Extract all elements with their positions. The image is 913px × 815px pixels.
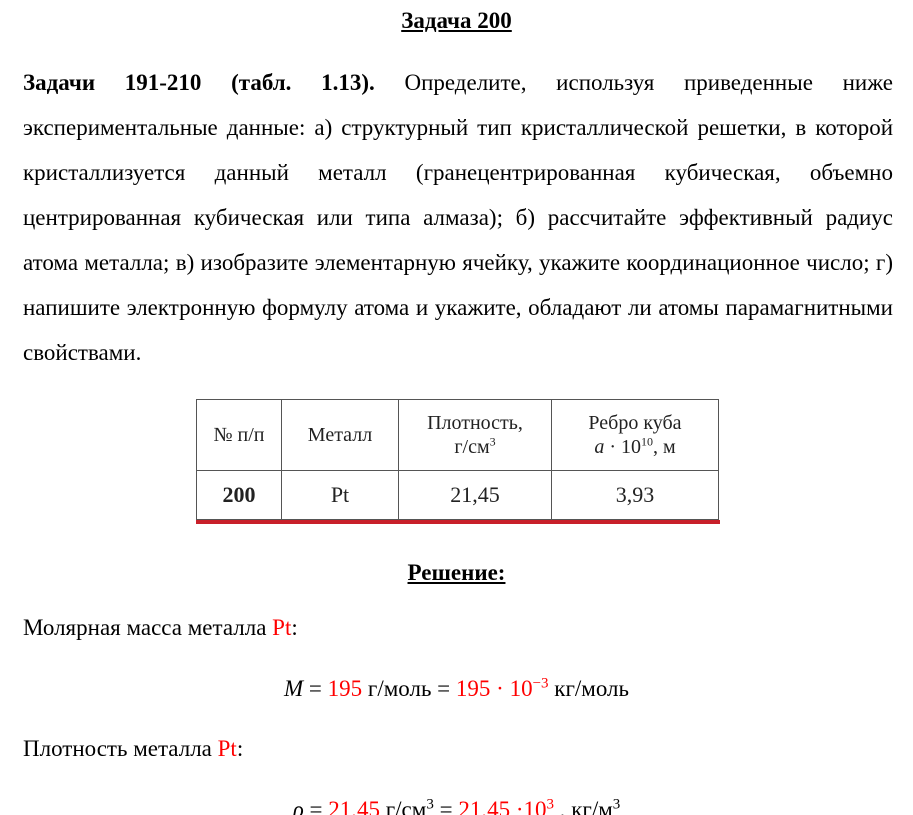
- page-title: Задача 200: [0, 8, 913, 34]
- table-header-row: № п/п Металл Плотность, г/см3 Ребро куба…: [197, 400, 719, 471]
- metal-symbol: Pt: [272, 615, 291, 640]
- cell-num: 200: [197, 471, 282, 520]
- task-text: Определите, используя приведенные ниже э…: [23, 70, 893, 365]
- cell-metal: Pt: [282, 471, 399, 520]
- task-reference: Задачи 191-210 (табл. 1.13).: [23, 70, 375, 95]
- cell-density: 21,45: [399, 471, 552, 520]
- header-density: Плотность, г/см3: [399, 400, 552, 471]
- header-metal: Металл: [282, 400, 399, 471]
- task-statement: Задачи 191-210 (табл. 1.13). Определите,…: [23, 60, 893, 375]
- density-equation: ρ = 21,45 г/см3 = 21,45 ·103 , кг/м3: [0, 797, 913, 815]
- data-table: № п/п Металл Плотность, г/см3 Ребро куба…: [196, 399, 720, 524]
- table-row: 200 Pt 21,45 3,93: [197, 471, 719, 520]
- table-accent-rule: [196, 520, 720, 524]
- molar-mass-equation: M = 195 г/моль = 195 · 10−3 кг/моль: [0, 676, 913, 702]
- header-num: № п/п: [197, 400, 282, 471]
- density-label: Плотность металла Pt:: [23, 736, 243, 762]
- metal-symbol: Pt: [218, 736, 237, 761]
- solution-heading: Решение:: [0, 560, 913, 586]
- cell-cube-edge: 3,93: [552, 471, 719, 520]
- molar-mass-label: Молярная масса металла Pt:: [23, 615, 298, 641]
- header-cube-edge: Ребро куба a · 1010, м: [552, 400, 719, 471]
